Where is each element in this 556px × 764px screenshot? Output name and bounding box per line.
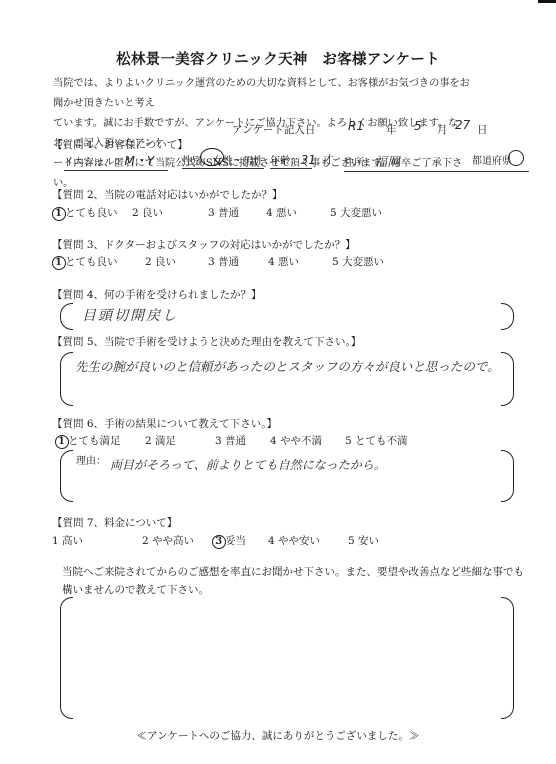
q6-reason-answer[interactable]: 両目がそろって、前よりとても自然になったから。 [110, 456, 386, 473]
q2-option-5[interactable]: 5 大変悪い [330, 205, 382, 220]
q5-heading: 【質問 5、当院で手術を受けようと決めた理由を教えて下さい。】 [52, 334, 361, 349]
age-value: 31 [301, 153, 316, 167]
prefecture-selected-circle [508, 150, 524, 166]
q5-answer[interactable]: 先生の腕が良いのと信頼があったのとスタッフの方々が良いと思ったので。 [75, 357, 500, 375]
gender-selected-circle [200, 148, 224, 166]
initials-field[interactable]: イニシャル：M・Y [64, 152, 168, 171]
q3-option-3[interactable]: 3 普通 [208, 254, 239, 269]
q4-answer[interactable]: 目頭切開戻し [82, 305, 178, 325]
initials-label: イニシャル： [64, 157, 125, 168]
q7-option-3[interactable]: 33 妥当 [212, 533, 246, 549]
age-label: 年齢： [270, 156, 301, 167]
q4-heading: 【質問 4、何の手術を受けられましたか？】 [52, 287, 262, 302]
address-value: 福岡 [375, 154, 400, 169]
q3-option-1[interactable]: 11 とても良い [52, 254, 118, 270]
day-label: 日 [477, 122, 488, 137]
q2-option-3[interactable]: 3 普通 [208, 205, 239, 220]
gender-option-male[interactable]: 男性 [243, 156, 263, 167]
comments-prompt-line-1: 当院へご来院されてからのご感想を率直にお聞かせ下さい。また、要望や改善点など些細… [62, 564, 524, 579]
q3-heading: 【質問 3、ドクターおよびスタッフの対応はいかがでしたか？】 [52, 237, 356, 252]
q3-option-5[interactable]: 5 大変悪い [332, 254, 384, 269]
q6-option-4[interactable]: 4 やや不満 [270, 433, 322, 448]
year-label: 年 [386, 122, 397, 137]
q7-heading: 【質問 7、料金について】 [52, 515, 177, 530]
date-era[interactable]: R1 [348, 119, 364, 133]
q2-option-1[interactable]: 11 とても良い [52, 205, 118, 221]
q6-option-5[interactable]: 5 とても不満 [345, 433, 408, 448]
q7-option-5[interactable]: 5 安い [348, 533, 379, 548]
q2-heading: 【質問 2、当院の電話対応はいかがでしたか？】 [52, 187, 283, 202]
q7-option-2[interactable]: 2 やや高い [142, 533, 194, 548]
date-month[interactable]: 5 [414, 119, 422, 133]
comments-bracket-left [60, 597, 73, 719]
q4-bracket-right [501, 303, 514, 330]
q7-option-1[interactable]: 1 高い [52, 533, 83, 548]
initials-value: M・Y [125, 154, 155, 168]
date-label: アンケート記入日 [232, 122, 315, 137]
q6-option-2[interactable]: 2 満足 [145, 433, 176, 448]
prefecture-label: 都道府県 [472, 152, 512, 167]
address-label: 住所： [344, 158, 375, 169]
comments-answer[interactable] [80, 605, 500, 715]
q3-option-4[interactable]: 4 悪い [268, 254, 299, 269]
age-field[interactable]: 年齢：31 [270, 152, 312, 169]
q6-option-3[interactable]: 3 普通 [215, 433, 246, 448]
comments-bracket-right [501, 597, 514, 719]
q1-heading: 【質問 1、お客様について】 [52, 137, 188, 152]
thanks-footer: ≪アンケートへのご協力、誠にありがとうございました。≫ [0, 728, 556, 743]
q2-option-2[interactable]: 2 良い [132, 205, 163, 220]
scan-edge-mark [538, 0, 556, 3]
q6-reason-label: 理由： [76, 452, 106, 467]
q2-option-4[interactable]: 4 悪い [266, 205, 297, 220]
q5-bracket-left [60, 352, 73, 406]
q6-bracket-right [501, 450, 514, 502]
page-title: 松林景一美容クリニック天神 お客様アンケート [0, 48, 556, 69]
age-unit: 才 [323, 152, 334, 167]
q6-option-1[interactable]: 11 とても満足 [55, 433, 121, 449]
comments-prompt-line-2: 構いませんので教えて下さい。 [62, 582, 209, 597]
q7-option-4[interactable]: 4 やや安い [268, 533, 320, 548]
q4-bracket-left [60, 303, 73, 330]
q6-heading: 【質問 6、手術の結果について教えて下さい。】 [52, 416, 277, 431]
date-day[interactable]: 27 [455, 118, 470, 132]
q6-bracket-left [60, 450, 73, 502]
q5-bracket-right [501, 352, 514, 406]
intro-line-1: 当院では、よりよいクリニック運営のための大切な資料として、お客様がお気づきの事を… [53, 74, 473, 114]
q3-option-2[interactable]: 2 良い [145, 254, 176, 269]
month-label: 月 [437, 122, 448, 137]
